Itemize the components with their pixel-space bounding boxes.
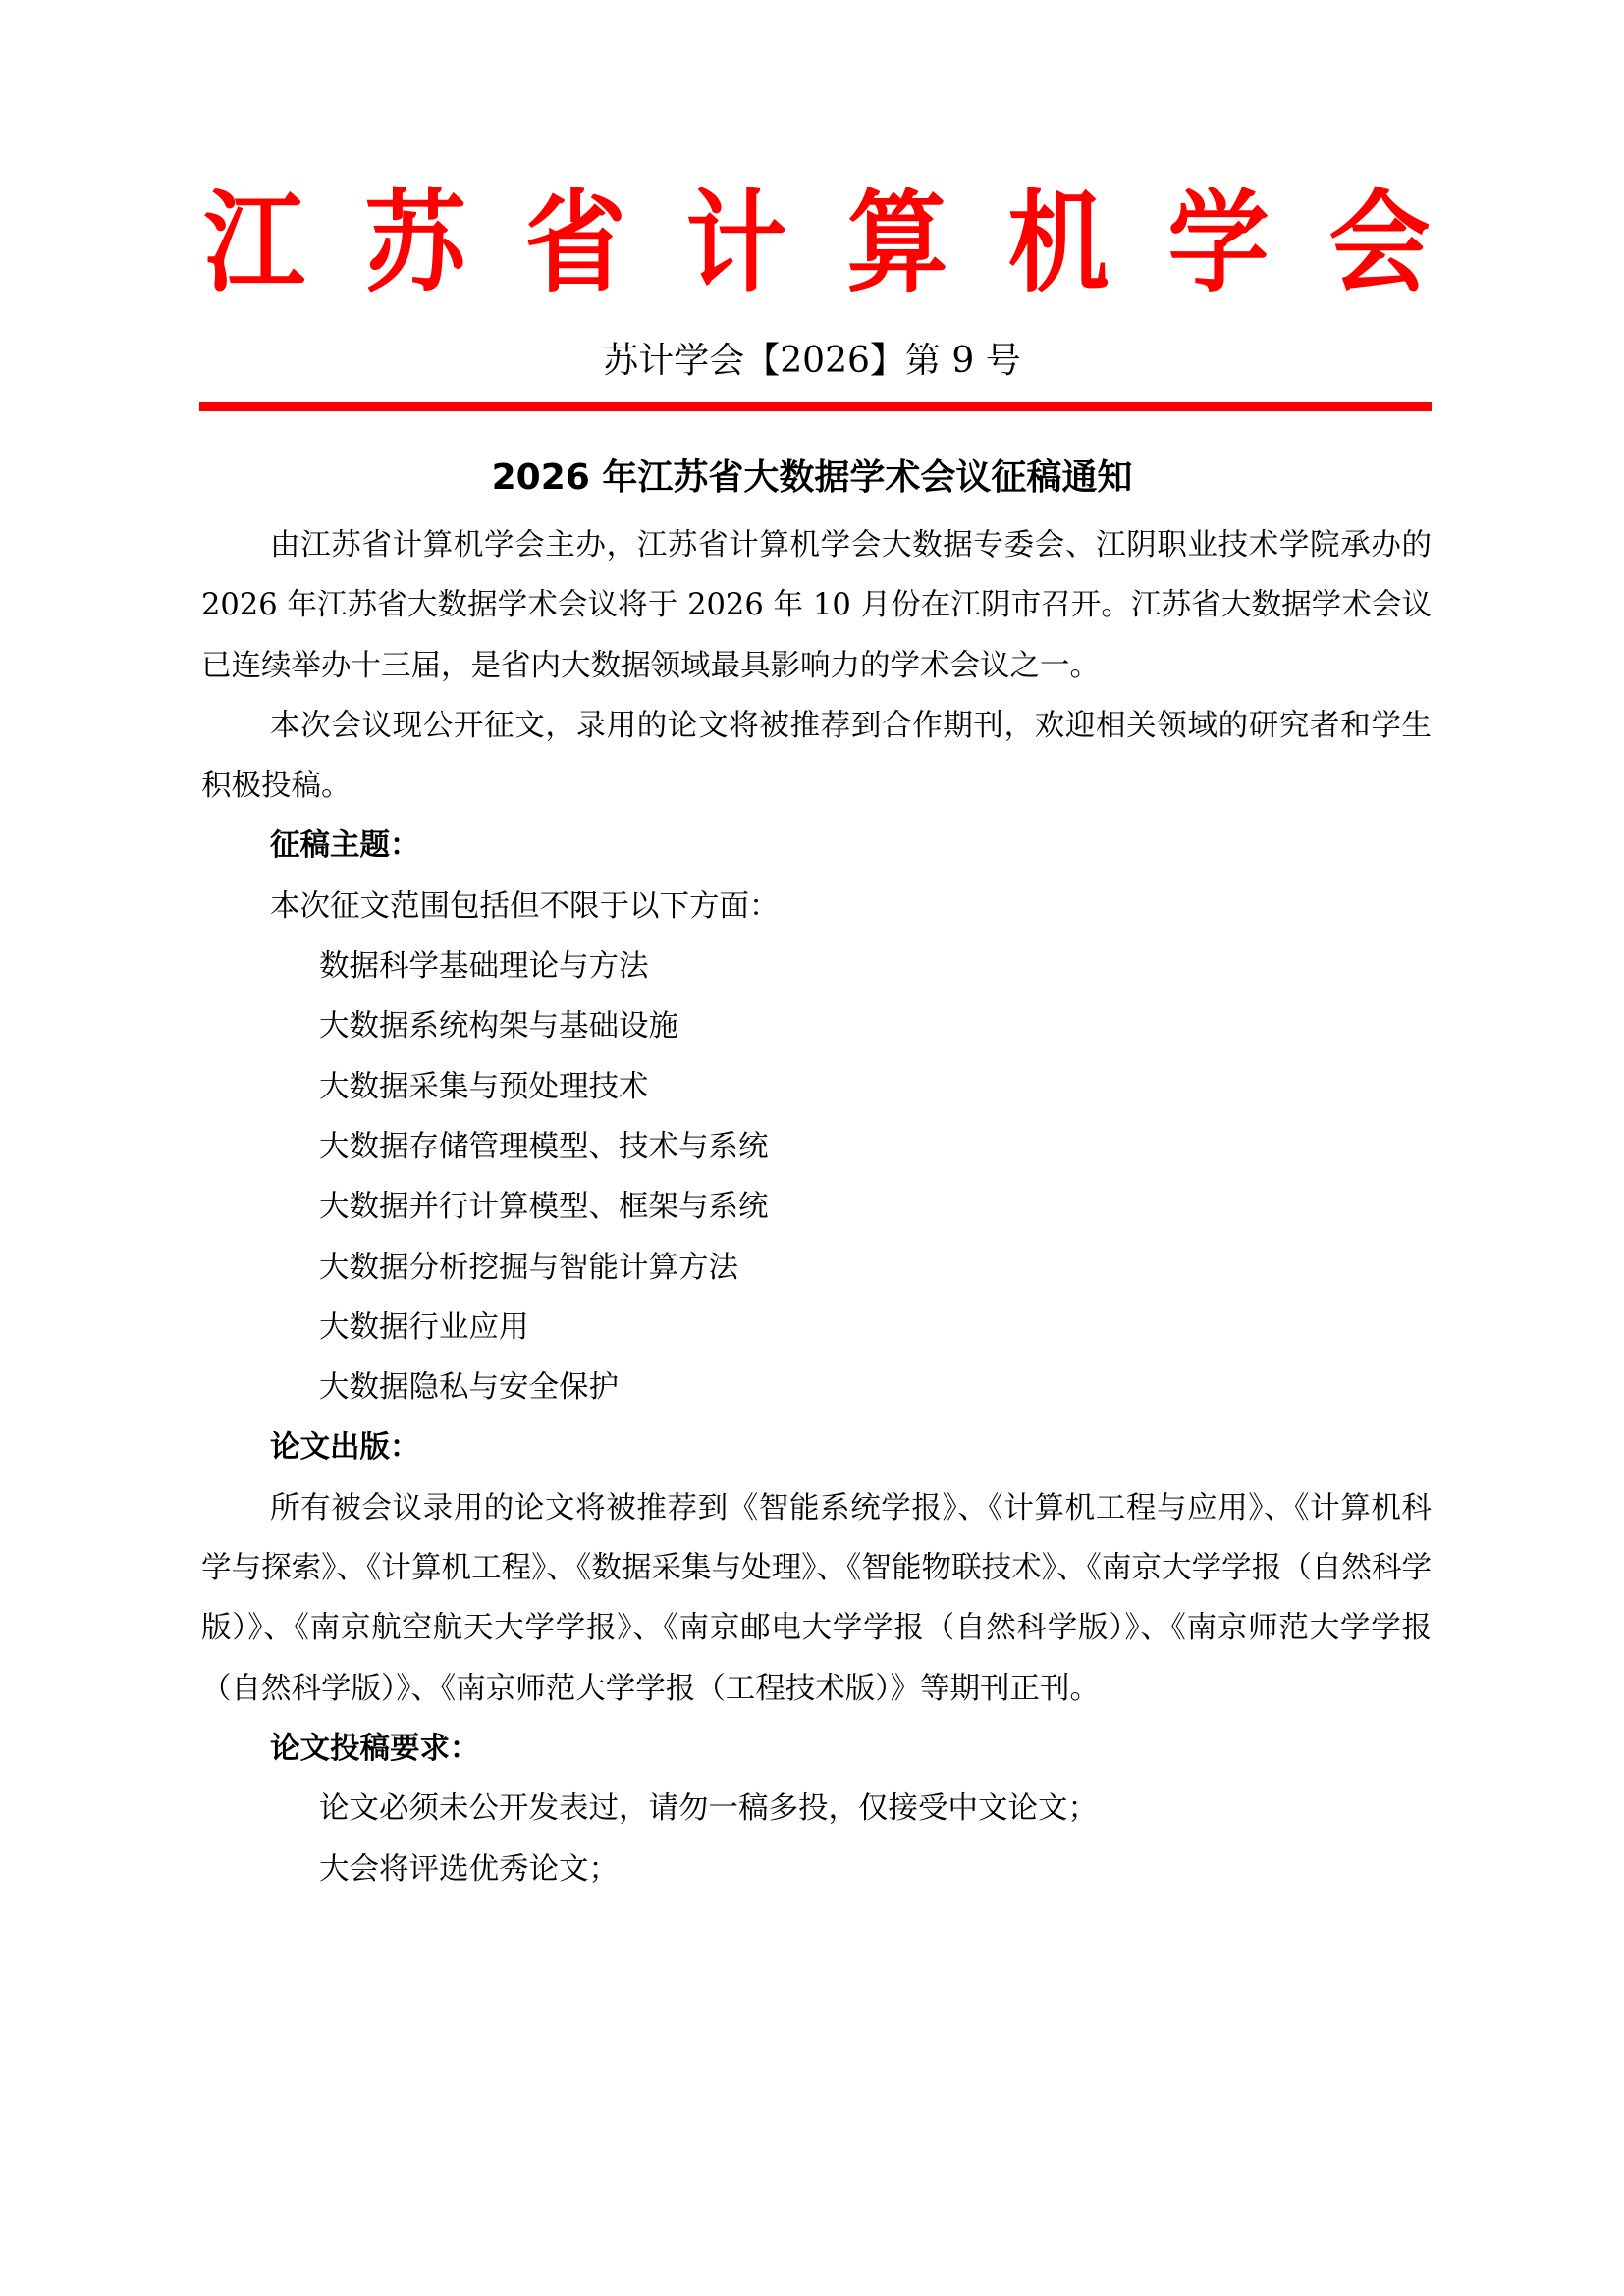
topics-lead: 本次征文范围包括但不限于以下方面： [201, 877, 1432, 936]
intro-paragraph: 由江苏省计算机学会主办，江苏省计算机学会大数据专委会、江阴职业技术学院承办的 2… [201, 515, 1432, 696]
org-title-char: 计 [686, 175, 787, 312]
org-title-char: 机 [1007, 175, 1109, 312]
section-heading-topics: 征稿主题： [201, 816, 1432, 876]
org-title-char: 江 [203, 175, 304, 312]
topic-item: 大数据隐私与安全保护 [201, 1358, 1432, 1417]
document-page: 江 苏 省 计 算 机 学 会 苏计学会【2026】第 9 号 2026 年江苏… [0, 0, 1624, 2296]
topic-item: 数据科学基础理论与方法 [201, 936, 1432, 996]
topic-item: 大数据行业应用 [201, 1298, 1432, 1358]
org-title-char: 算 [846, 175, 947, 312]
red-divider [199, 402, 1432, 411]
notice-title: 2026 年江苏省大数据学术会议征稿通知 [0, 454, 1624, 503]
topic-item: 大数据系统构架与基础设施 [201, 996, 1432, 1056]
requirement-item: 大会将评选优秀论文； [201, 1840, 1432, 1899]
org-title-char: 苏 [364, 175, 465, 312]
publication-paragraph: 所有被会议录用的论文将被推荐到《智能系统学报》、《计算机工程与应用》、《计算机科… [201, 1478, 1432, 1719]
document-number: 苏计学会【2026】第 9 号 [0, 340, 1624, 383]
notice-body: 由江苏省计算机学会主办，江苏省计算机学会大数据专委会、江阴职业技术学院承办的 2… [201, 515, 1432, 1899]
topic-item: 大数据分析挖掘与智能计算方法 [201, 1238, 1432, 1298]
organization-title: 江 苏 省 计 算 机 学 会 [199, 175, 1435, 312]
org-title-char: 会 [1328, 175, 1430, 312]
topic-item: 大数据存储管理模型、技术与系统 [201, 1117, 1432, 1177]
requirement-item: 论文必须未公开发表过，请勿一稿多投，仅接受中文论文； [201, 1779, 1432, 1839]
topic-item: 大数据采集与预处理技术 [201, 1057, 1432, 1117]
org-title-char: 学 [1168, 175, 1270, 312]
org-title-char: 省 [525, 175, 626, 312]
section-heading-requirements: 论文投稿要求： [201, 1719, 1432, 1779]
intro-paragraph: 本次会议现公开征文，录用的论文将被推荐到合作期刊，欢迎相关领域的研究者和学生积极… [201, 696, 1432, 817]
section-heading-publication: 论文出版： [201, 1417, 1432, 1477]
topic-item: 大数据并行计算模型、框架与系统 [201, 1177, 1432, 1237]
